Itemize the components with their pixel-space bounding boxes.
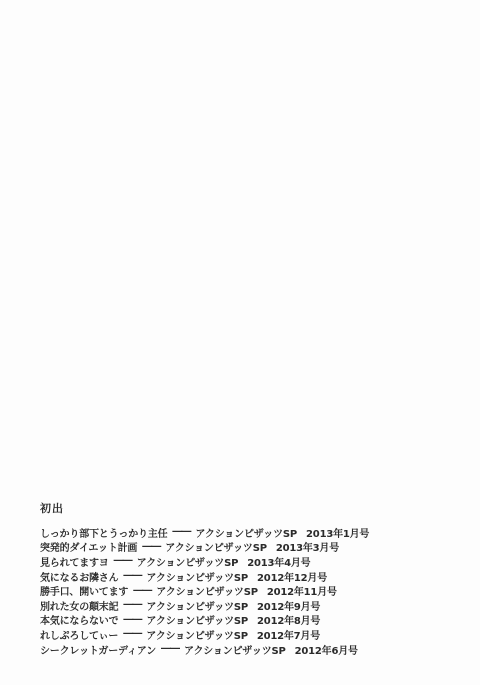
magazine-name: アクションピザッツSP <box>146 612 248 627</box>
publication-entry: 気になるお隣さん ―― アクションピザッツSP 2012年12月号 <box>40 569 369 584</box>
story-title: 別れた女の顛末記 <box>40 598 118 613</box>
separator-dash: ―― <box>133 585 151 596</box>
separator-dash: ―― <box>142 541 160 552</box>
magazine-name: アクションピザッツSP <box>184 642 286 657</box>
story-title: 突発的ダイエット計画 <box>40 539 137 554</box>
magazine-name: アクションピザッツSP <box>137 554 239 569</box>
publication-entry: 別れた女の顛末記 ―― アクションピザッツSP 2012年9月号 <box>40 598 369 613</box>
publication-entry: 突発的ダイエット計画 ―― アクションピザッツSP 2013年3月号 <box>40 540 369 555</box>
magazine-name: アクションピザッツSP <box>146 627 248 642</box>
publication-entry: シークレットガーディアン ―― アクションピザッツSP 2012年6月号 <box>40 642 369 657</box>
separator-dash: ―― <box>114 555 132 566</box>
publication-entry: 本気にならないで ―― アクションピザッツSP 2012年8月号 <box>40 613 369 628</box>
publication-entry: れしぷろしてぃー ―― アクションピザッツSP 2012年7月号 <box>40 627 369 642</box>
story-title: 気になるお隣さん <box>40 569 118 584</box>
credits-page: 初出 しっかり部下とうっかり主任 ―― アクションピザッツSP 2013年1月号… <box>0 0 480 685</box>
magazine-name: アクションピザッツSP <box>146 598 248 613</box>
issue-date: 2012年12月号 <box>257 569 327 584</box>
story-title: 本気にならないで <box>40 612 118 627</box>
story-title: れしぷろしてぃー <box>40 627 118 642</box>
magazine-name: アクションピザッツSP <box>195 525 297 540</box>
issue-date: 2012年6月号 <box>295 642 358 657</box>
story-title: 勝手口、開いてます <box>40 583 128 598</box>
magazine-name: アクションピザッツSP <box>165 539 267 554</box>
publication-entry: しっかり部下とうっかり主任 ―― アクションピザッツSP 2013年1月号 <box>40 525 369 540</box>
separator-dash: ―― <box>123 628 141 639</box>
story-title: しっかり部下とうっかり主任 <box>40 525 167 540</box>
magazine-name: アクションピザッツSP <box>146 569 248 584</box>
story-title: 見られてますヨ <box>40 554 109 569</box>
separator-dash: ―― <box>123 599 141 610</box>
first-publication-section: 初出 しっかり部下とうっかり主任 ―― アクションピザッツSP 2013年1月号… <box>40 503 369 656</box>
magazine-name: アクションピザッツSP <box>156 583 258 598</box>
issue-date: 2012年7月号 <box>257 627 320 642</box>
issue-date: 2013年4月号 <box>247 554 310 569</box>
separator-dash: ―― <box>123 570 141 581</box>
issue-date: 2012年9月号 <box>257 598 320 613</box>
publication-entry: 勝手口、開いてます ―― アクションピザッツSP 2012年11月号 <box>40 583 369 598</box>
separator-dash: ―― <box>161 643 179 654</box>
issue-date: 2013年1月号 <box>306 525 369 540</box>
issue-date: 2012年8月号 <box>257 612 320 627</box>
separator-dash: ―― <box>123 614 141 625</box>
section-title: 初出 <box>40 503 369 515</box>
publication-list: しっかり部下とうっかり主任 ―― アクションピザッツSP 2013年1月号 突発… <box>40 525 369 656</box>
publication-entry: 見られてますヨ ―― アクションピザッツSP 2013年4月号 <box>40 554 369 569</box>
issue-date: 2012年11月号 <box>267 583 337 598</box>
story-title: シークレットガーディアン <box>40 642 156 657</box>
issue-date: 2013年3月号 <box>276 539 339 554</box>
separator-dash: ―― <box>172 526 190 537</box>
